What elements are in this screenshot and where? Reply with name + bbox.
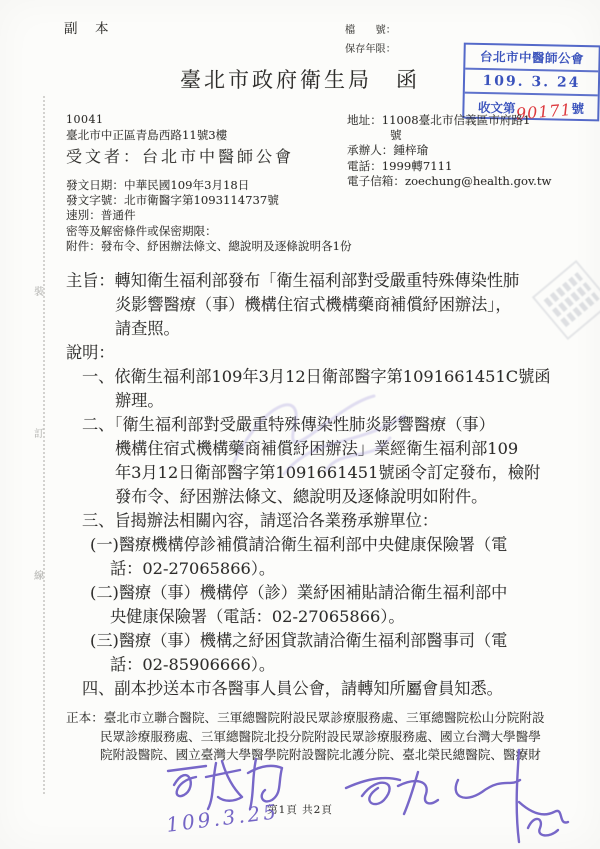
body-line: 三、旨揭辦法相關內容，請逕洽各業務承辦單位： <box>66 509 566 533</box>
body-line: 話：02-27065866）。 <box>66 557 566 581</box>
file-labels: 檔 號： 保存年限： <box>345 21 396 59</box>
meta-block: 發文日期：中華民國109年3月18日 發文字號：北市衛醫字第1093114737… <box>66 178 352 254</box>
body-line: (三)醫療（事）機構之紓困貸款請洽衛生福利部醫事司（電 <box>66 629 566 653</box>
body-line: 發布令、紓困辦法條文、總說明及逐條說明如附件。 <box>66 485 566 509</box>
issue-number-line: 發文字號：北市衛醫字第1093114737號 <box>66 193 352 208</box>
body-line: 四、副本抄送本市各醫事人員公會，請轉知所屬會員知悉。 <box>66 677 566 701</box>
stamp-date: 109. 3. 24 <box>465 69 598 96</box>
body-line: (一)醫療機構停診補償請洽衛生福利部中央健康保險署（電 <box>66 533 566 557</box>
recipient-address: 臺北市中正區青島西路11號3樓 <box>66 127 294 143</box>
binding-dotted-line <box>43 96 45 794</box>
body-line: (二)醫療（事）機構停（診）業紓困補貼請洽衛生福利部中 <box>66 581 566 605</box>
contact-block: 地址：11008臺北市信義區市府路1 號 承辦人：鍾梓瑜 電話：1999轉711… <box>347 113 551 189</box>
body-line: 央健康保險署（電話：02-27065866）。 <box>66 605 566 629</box>
retention-label: 保存年限： <box>345 40 396 59</box>
body-line: 話：02-85906666）。 <box>66 653 566 677</box>
distribution-line: 正本：臺北市立聯合醫院、三軍總醫院附設民眾診療服務處、三軍總醫院松山分院附設 <box>66 709 586 728</box>
contact-person: 承辦人：鍾梓瑜 <box>347 143 551 158</box>
recipient-name-line: 受文者：台北市中醫師公會 <box>66 145 294 168</box>
contact-address-line2: 號 <box>347 128 551 143</box>
contact-phone: 電話：1999轉7111 <box>347 159 551 174</box>
binding-mark-zhuang: 裝 <box>34 283 44 298</box>
body-line: 炎影響醫療（事）機構住宿式機構藥商補償紓困辦法」， <box>66 293 566 317</box>
right-signature <box>332 742 570 848</box>
binding-mark-ding: 訂 <box>34 425 44 440</box>
recipient-postal-code: 10041 <box>66 113 294 127</box>
speed-line: 速別：普通件 <box>66 208 352 223</box>
body-line: 說明： <box>66 341 566 365</box>
contact-email: 電子信箱：zoechung@health.gov.tw <box>347 174 551 189</box>
body-line: 主旨：轉知衛生福利部發布「衛生福利部對受嚴重特殊傳染性肺 <box>66 269 566 293</box>
scanned-official-letter: 裝 訂 線 副 本 檔 號： 保存年限： 臺北市政府衛生局 函 台北市中醫師公會… <box>0 0 600 849</box>
security-line: 密等及解密條件或保密期限： <box>66 224 352 239</box>
binding-mark-xian: 線 <box>34 567 44 582</box>
faint-review-scribble <box>222 378 412 488</box>
attachment-line: 附件：發布令、紓困辦法條文、總說明及逐條說明各1份 <box>66 239 352 254</box>
contact-address-line1: 地址：11008臺北市信義區市府路1 <box>347 113 551 128</box>
copy-label: 副 本 <box>64 17 111 37</box>
recipient-block: 10041 臺北市中正區青島西路11號3樓 受文者：台北市中醫師公會 <box>66 113 294 168</box>
body-line: 請查照。 <box>66 317 566 341</box>
stamp-receipt-suffix: 號 <box>571 99 584 117</box>
stamp-org-name: 台北市中醫師公會 <box>465 45 598 72</box>
issue-date-line: 發文日期：中華民國109年3月18日 <box>66 178 352 193</box>
receipt-stamp: 台北市中醫師公會 109. 3. 24 收文第 90171 號 <box>462 43 600 122</box>
file-no-label: 檔 號： <box>345 21 396 40</box>
